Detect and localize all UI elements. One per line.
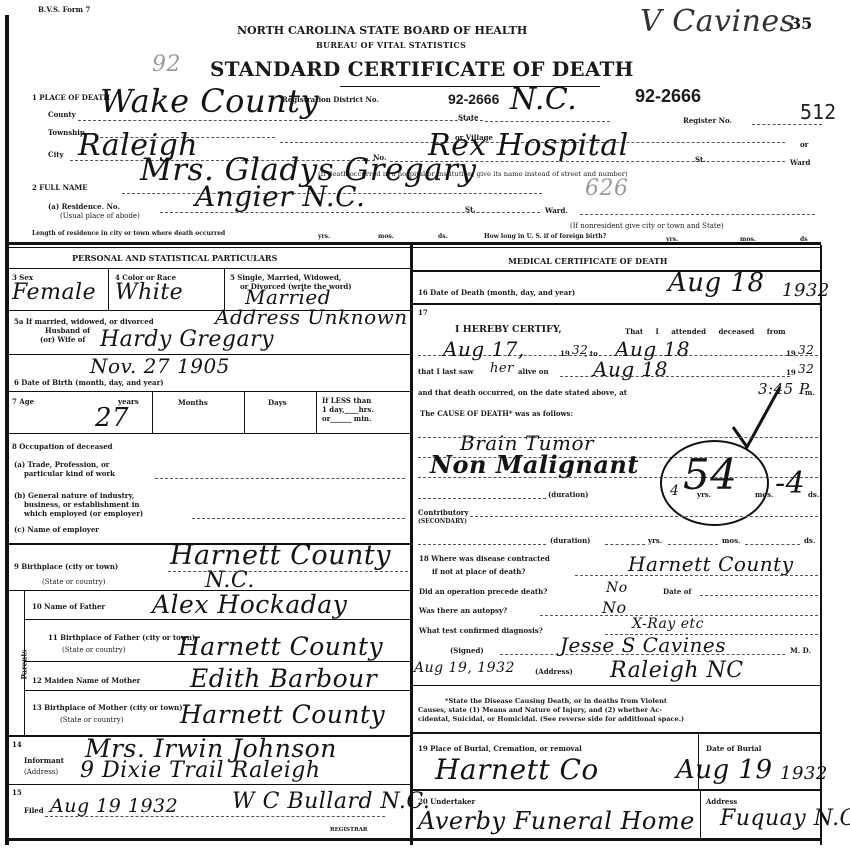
signed-date: Aug 19, 1932 xyxy=(414,660,515,676)
informant-address-label: (Address) xyxy=(24,768,58,776)
father-label: 10 Name of Father xyxy=(32,602,105,611)
contrib-yrs-label: yrs. xyxy=(648,536,662,545)
stamp-number: 92-2666 xyxy=(635,86,701,107)
last-saw-year-prefix: 19 xyxy=(786,368,796,377)
st-label: St. xyxy=(695,155,706,164)
dob-label: 6 Date of Birth (month, day, and year) xyxy=(14,378,164,387)
residence-st-label: St. xyxy=(465,205,476,214)
length-of-residence-label: Length of residence in city or town wher… xyxy=(32,230,225,237)
code-suffix: -4 xyxy=(775,466,805,501)
signed-value: Jesse S Cavines xyxy=(560,633,726,657)
occ-b-2: business, or establishment in xyxy=(24,500,139,509)
last-saw-date: Aug 18 xyxy=(593,357,668,381)
full-name-label: 2 FULL NAME xyxy=(32,183,88,192)
registrar-label: REGISTRAR xyxy=(330,827,368,833)
penciled-note: 626 xyxy=(585,176,629,201)
informant-label: Informant xyxy=(24,756,64,765)
dod-label: 16 Date of Death (month, day, and year) xyxy=(418,288,575,297)
personal-header: PERSONAL AND STATISTICAL PARTICULARS xyxy=(72,253,277,263)
mother-bp-value: Harnett County xyxy=(180,700,385,729)
reg-district-label: Registration District No. xyxy=(282,95,379,104)
undertaker-address-label: Address xyxy=(706,797,737,806)
medical-header: MEDICAL CERTIFICATE OF DEATH xyxy=(508,256,667,266)
circled-code: 54 xyxy=(683,450,737,499)
certify-bold: I HEREBY CERTIFY, xyxy=(455,324,562,335)
spouse-label-3: (or) Wife of xyxy=(40,335,85,344)
duration-ds-label: ds. xyxy=(808,490,819,499)
contracted-label-1: 18 Where was disease contracted xyxy=(419,554,550,563)
less-label-3: or______ min. xyxy=(322,414,371,423)
age-value: 27 xyxy=(95,403,129,433)
burial-value: Harnett Co xyxy=(435,753,599,786)
filed-label: Filed xyxy=(24,806,44,815)
contracted-value: Harnett County xyxy=(628,552,794,576)
nonresident-note: (If nonresident give city or town and St… xyxy=(570,222,724,230)
foreign-birth-label: How long in U. S. if of foreign birth? xyxy=(484,233,606,240)
contrib-ds-label: ds. xyxy=(804,536,815,545)
column-divider xyxy=(410,245,413,845)
spouse-label-2: Husband of xyxy=(45,326,90,335)
attended-from: Aug 17, xyxy=(443,337,525,361)
alive-on-label: alive on xyxy=(518,367,549,376)
dob-value: Nov. 27 1905 xyxy=(90,354,230,378)
parents-label: Parents xyxy=(20,645,29,685)
date-of-label: Date of xyxy=(663,587,691,596)
bottom-border xyxy=(9,838,822,841)
contrib-duration-label: (duration) xyxy=(550,536,590,545)
reg-district-value: 92-2666 xyxy=(448,91,499,107)
father-bp-value: Harnett County xyxy=(178,632,383,661)
burial-date-label: Date of Burial xyxy=(706,744,761,753)
less-label-2: 1 day,____hrs. xyxy=(322,405,374,414)
autopsy-value: No xyxy=(602,598,627,617)
last-saw-label: that I last saw xyxy=(418,367,474,376)
county-label: County xyxy=(48,110,76,119)
length-ds-label: ds. xyxy=(438,233,448,240)
spouse-note: Address Unknown xyxy=(215,305,408,329)
dod-value: Aug 18 xyxy=(668,268,765,298)
residence-label: (a) Residence. No. xyxy=(48,202,120,211)
burial-date-value: Aug 19 xyxy=(676,755,773,785)
state-label: State xyxy=(458,113,479,122)
secondary-label: (SECONDARY) xyxy=(418,518,467,525)
days-label: Days xyxy=(268,398,287,407)
occ-c: (c) Name of employer xyxy=(14,525,99,534)
filed-num: 15 xyxy=(12,788,22,797)
months-label: Months xyxy=(178,398,208,407)
duration-label: (duration) xyxy=(548,490,588,499)
undertaker-label: 20 Undertaker xyxy=(418,797,475,806)
footnote-3: cidental, Suicidal, or Homicidal. (See r… xyxy=(418,715,684,723)
contracted-label-2: if not at place of death? xyxy=(432,567,525,576)
page-number: 35 xyxy=(790,14,812,33)
to-year: 32 xyxy=(798,343,814,357)
margin-note-92: 92 xyxy=(152,52,181,77)
form-number: B.V.S. Form 7 xyxy=(38,5,90,14)
address-label: (Address) xyxy=(535,667,573,676)
informant-address-value: 9 Dixie Trail Raleigh xyxy=(80,758,321,783)
less-label-1: If LESS than xyxy=(322,396,371,405)
or-label: or xyxy=(800,140,808,149)
md-label: M. D. xyxy=(790,646,811,655)
time-label: and that death occurred, on the date sta… xyxy=(418,388,627,397)
time-suffix: m. xyxy=(805,388,815,397)
register-label: Register No. xyxy=(683,116,732,125)
mother-bp-label: 13 Birthplace of Mother (city or town) xyxy=(32,703,183,712)
mother-label: 12 Maiden Name of Mother xyxy=(32,676,140,685)
birthplace-label: 9 Birthplace (city or town) xyxy=(14,562,118,571)
father-bp-sub: (State or country) xyxy=(62,646,125,654)
last-saw-year: 32 xyxy=(798,362,814,376)
operation-value: No xyxy=(606,580,628,596)
cause-label: The CAUSE OF DEATH* was as follows: xyxy=(420,409,573,418)
residence-sub: (Usual place of abode) xyxy=(60,212,140,220)
residence-ward-label: Ward. xyxy=(545,206,568,215)
length-mos-label: mos. xyxy=(378,233,394,240)
address-value: Raleigh NC xyxy=(610,658,744,683)
spouse-value: Hardy Gregary xyxy=(100,327,274,352)
register-number: 512 xyxy=(800,100,836,124)
filed-value: Aug 19 1932 xyxy=(50,795,178,817)
certify-rest: That I attended deceased from xyxy=(625,327,786,336)
autopsy-label: Was there an autopsy? xyxy=(419,606,507,615)
operation-label: Did an operation precede death? xyxy=(419,587,547,596)
birthplace-value: Harnett County xyxy=(170,540,391,571)
state-value: N.C. xyxy=(510,82,577,117)
birthplace-sub: (State or country) xyxy=(42,578,105,586)
occ-b-3: which employed (or employer) xyxy=(24,509,143,518)
father-bp-label: 11 Birthplace of Father (city or town) xyxy=(48,633,195,642)
occ-b-1: (b) General nature of industry, xyxy=(14,491,134,500)
registrar-signature: W C Bullard N.C. xyxy=(232,789,430,814)
occ-a-1: (a) Trade, Profession, or xyxy=(14,460,109,469)
agency-name: NORTH CAROLINA STATE BOARD OF HEALTH xyxy=(237,24,527,37)
corner-signature: V Cavines xyxy=(640,4,796,39)
footnote-1: *State the Disease Causing Death, or in … xyxy=(445,697,667,705)
sex-value: Female xyxy=(12,280,96,305)
residence-value: Angier N.C. xyxy=(195,180,365,213)
mother-value: Edith Barbour xyxy=(190,664,377,693)
test-label: What test confirmed diagnosis? xyxy=(419,626,543,635)
city-label: City xyxy=(48,150,64,159)
burial-year: 1932 xyxy=(780,763,828,784)
footnote-2: Causes, state (1) Means and Nature of In… xyxy=(418,706,662,714)
section-divider xyxy=(9,242,821,245)
spouse-label-1: 5a If married, widowed, or divorced xyxy=(14,317,154,326)
left-border xyxy=(5,15,9,845)
occupation-label: 8 Occupation of deceased xyxy=(12,442,113,451)
page-title: STANDARD CERTIFICATE OF DEATH xyxy=(210,57,634,81)
occ-a-2: particular kind of work xyxy=(24,469,115,478)
undertaker-address-value: Fuquay N.C. xyxy=(720,806,850,831)
signed-label: (Signed) xyxy=(450,646,484,655)
test-value: X-Ray etc xyxy=(632,616,704,632)
burial-label: 19 Place of Burial, Cremation, or remova… xyxy=(418,744,582,753)
marital-label-1: 5 Single, Married, Widowed, xyxy=(230,273,341,282)
length-yrs-label: yrs. xyxy=(318,233,330,240)
item-17: 17 xyxy=(418,308,428,317)
from-year-prefix: 19 xyxy=(560,349,570,358)
dod-year: 1932 xyxy=(782,280,830,301)
mother-bp-sub: (State or country) xyxy=(60,716,123,724)
cause-line-2: Non Malignant xyxy=(430,450,639,479)
bureau-name: BUREAU OF VITAL STATISTICS xyxy=(316,40,466,50)
ward-label: Ward xyxy=(790,158,810,167)
undertaker-value: Averby Funeral Home xyxy=(418,807,695,835)
father-value: Alex Hockaday xyxy=(152,590,347,619)
last-saw-pronoun: her xyxy=(490,361,514,376)
contributory-label: Contributory xyxy=(418,508,469,517)
age-label: 7 Age xyxy=(12,397,34,406)
informant-num: 14 xyxy=(12,740,22,749)
to-year-prefix: 19 xyxy=(786,349,796,358)
contrib-mos-label: mos. xyxy=(722,536,740,545)
place-of-death-label: 1 PLACE OF DEATH xyxy=(32,93,110,102)
race-value: White xyxy=(115,280,183,305)
right-border xyxy=(820,245,822,845)
